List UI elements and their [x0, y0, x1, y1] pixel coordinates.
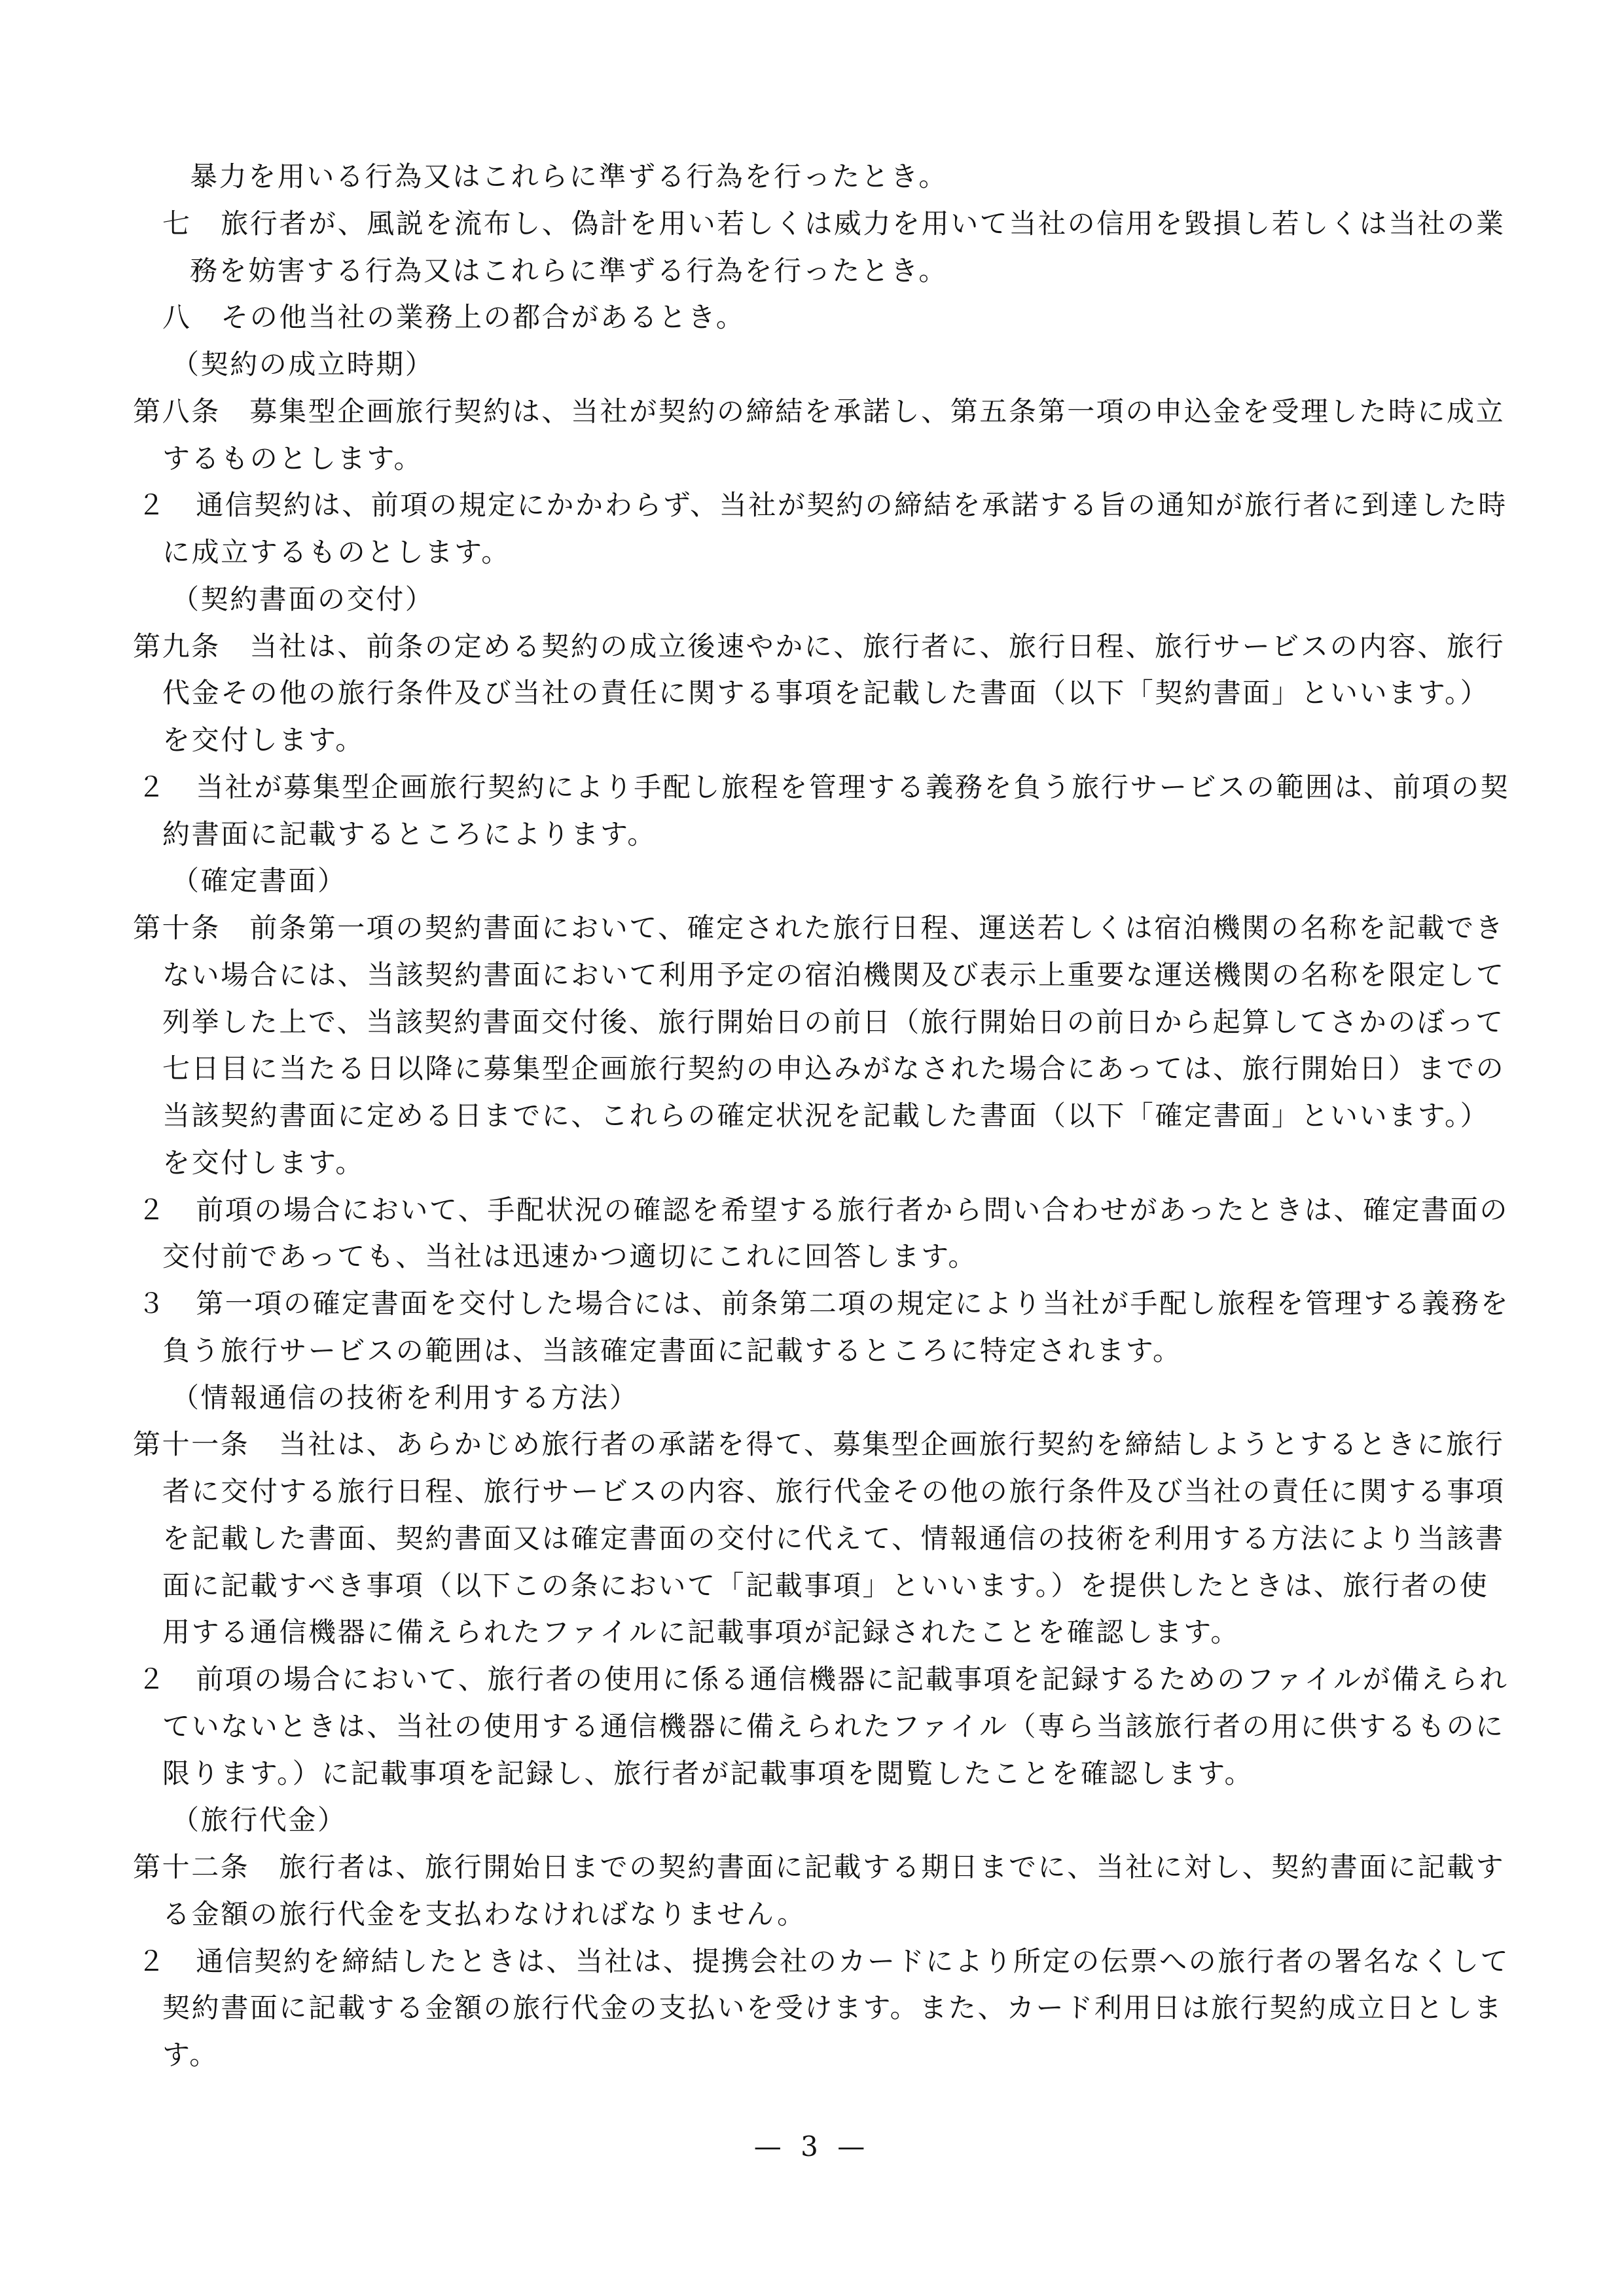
body-line: ない場合には、当該契約書面において利用予定の宿泊機関及び表示上重要な運送機関の名…	[162, 956, 1524, 995]
body-line: る金額の旅行代金を支払わなければなりません。	[162, 1895, 1524, 1934]
body-line: す。	[162, 2036, 1524, 2075]
body-line: 暴力を用いる行為又はこれらに準ずる行為を行ったとき。	[190, 157, 1551, 196]
article-line: 第十二条 旅行者は、旅行開始日までの契約書面に記載する期日までに、当社に対し、契…	[133, 1848, 1494, 1887]
body-line: を交付します。	[162, 1143, 1524, 1183]
article-line: 第九条 当社は、前条の定める契約の成立後速やかに、旅行者に、旅行日程、旅行サービ…	[133, 627, 1494, 666]
article-line: 第十一条 当社は、あらかじめ旅行者の承諾を得て、募集型企画旅行契約を締結しようと…	[133, 1425, 1494, 1464]
body-line: 者に交付する旅行日程、旅行サービスの内容、旅行代金その他の旅行条件及び当社の責任…	[162, 1472, 1524, 1511]
body-line: 務を妨害する行為又はこれらに準ずる行為を行ったとき。	[190, 251, 1551, 291]
body-line: を記載した書面、契約書面又は確定書面の交付に代えて、情報通信の技術を利用する方法…	[162, 1519, 1524, 1558]
body-line: に成立するものとします。	[162, 533, 1524, 572]
paragraph-line: ２ 前項の場合において、手配状況の確認を希望する旅行者から問い合わせがあったとき…	[137, 1191, 1499, 1230]
body-line: 当該契約書面に定める日までに、これらの確定状況を記載した書面（以下「確定書面」と…	[162, 1096, 1524, 1136]
article-line: 第十条 前条第一項の契約書面において、確定された旅行日程、運送若しくは宿泊機関の…	[133, 908, 1494, 948]
paragraph-line: ２ 当社が募集型企画旅行契約により手配し旅程を管理する義務を負う旅行サービスの範…	[137, 768, 1499, 807]
body-line: ていないときは、当社の使用する通信機器に備えられたファイル（専ら当該旅行者の用に…	[162, 1707, 1524, 1746]
body-line: 七 旅行者が、風説を流布し、偽計を用い若しくは威力を用いて当社の信用を毀損し若し…	[162, 204, 1524, 243]
body-line: 契約書面に記載する金額の旅行代金の支払いを受けます。また、カード利用日は旅行契約…	[162, 1988, 1524, 2028]
body-line: 列挙した上で、当該契約書面交付後、旅行開始日の前日（旅行開始日の前日から起算して…	[162, 1003, 1524, 1042]
article-heading: （旅行代金）	[171, 1801, 1533, 1840]
body-line: 面に記載すべき事項（以下この条において「記載事項」といいます。）を提供したときは…	[162, 1566, 1524, 1605]
body-line: 約書面に記載するところによります。	[162, 815, 1524, 854]
body-line: 負う旅行サービスの範囲は、当該確定書面に記載するところに特定されます。	[162, 1331, 1524, 1371]
article-heading: （確定書面）	[171, 861, 1533, 901]
article-heading: （情報通信の技術を利用する方法）	[171, 1378, 1533, 1418]
page-number: — 3 —	[0, 2127, 1624, 2166]
paragraph-line: ３ 第一項の確定書面を交付した場合には、前条第二項の規定により当社が手配し旅程を…	[137, 1284, 1499, 1323]
paragraph-line: ２ 前項の場合において、旅行者の使用に係る通信機器に記載事項を記録するためのファ…	[137, 1660, 1499, 1699]
document-page: 暴力を用いる行為又はこれらに準ずる行為を行ったとき。七 旅行者が、風説を流布し、…	[0, 0, 1624, 2296]
body-line: 用する通信機器に備えられたファイルに記載事項が記録されたことを確認します。	[162, 1613, 1524, 1652]
body-line: 七日目に当たる日以降に募集型企画旅行契約の申込みがなされた場合にあっては、旅行開…	[162, 1049, 1524, 1088]
article-heading: （契約書面の交付）	[171, 580, 1533, 619]
article-line: 第八条 募集型企画旅行契約は、当社が契約の締結を承諾し、第五条第一項の申込金を受…	[133, 392, 1494, 431]
body-line: を交付します。	[162, 721, 1524, 760]
body-line: 八 その他当社の業務上の都合があるとき。	[162, 298, 1524, 337]
paragraph-line: ２ 通信契約を締結したときは、当社は、提携会社のカードにより所定の伝票への旅行者…	[137, 1942, 1499, 1981]
article-heading: （契約の成立時期）	[171, 345, 1533, 384]
body-line: 限ります。）に記載事項を記録し、旅行者が記載事項を閲覧したことを確認します。	[162, 1754, 1524, 1793]
body-line: 交付前であっても、当社は迅速かつ適切にこれに回答します。	[162, 1237, 1524, 1276]
body-line: 代金その他の旅行条件及び当社の責任に関する事項を記載した書面（以下「契約書面」と…	[162, 673, 1524, 713]
paragraph-line: ２ 通信契約は、前項の規定にかかわらず、当社が契約の締結を承諾する旨の通知が旅行…	[137, 486, 1499, 525]
body-line: するものとします。	[162, 439, 1524, 478]
